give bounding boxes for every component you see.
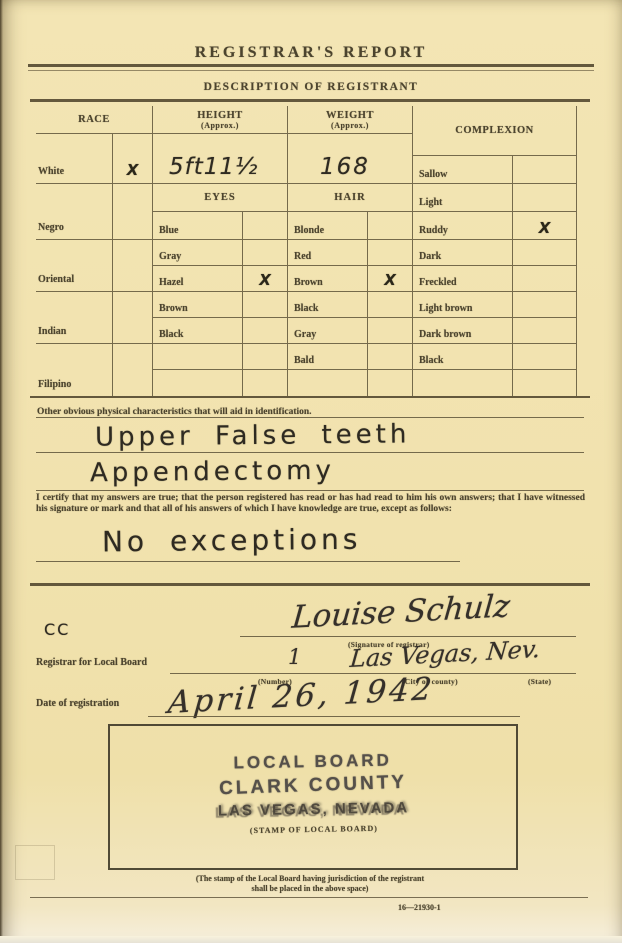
hair-option-cell [367, 292, 412, 317]
complexion-option-label: Light brown [413, 292, 512, 317]
complexion-group: COMPLEXION Sallow Light Ruddy X Dark Fre… [412, 106, 577, 396]
hair-option-cell: X [367, 266, 412, 291]
hair-option-label: Black [288, 292, 367, 317]
race-row-white: White X [36, 134, 152, 184]
characteristics-entry-2: Appendectomy [90, 456, 335, 489]
eyes-option-row: Blue [153, 212, 287, 240]
complexion-option-label: Freckled [413, 266, 512, 291]
date-line [148, 716, 520, 717]
copy-note: CC [44, 620, 70, 639]
hair-option-label: Blonde [288, 212, 367, 239]
form-number: 16—21930-1 [398, 903, 441, 912]
exceptions-line [36, 561, 460, 562]
x-mark: X [539, 219, 551, 237]
race-group: RACE White X Negro Oriental Indian Filip… [36, 106, 152, 396]
date-value: April 26, 1942 [167, 671, 437, 721]
complexion-option-label: Dark [413, 240, 512, 265]
height-value: 5ft11½ [153, 154, 258, 183]
weight-value: 168 [288, 154, 370, 183]
hair-option-row: Black [288, 292, 412, 318]
hair-option-row: Gray [288, 318, 412, 344]
eyes-option-label: Black [153, 318, 242, 343]
eyes-header: EYES [153, 184, 287, 212]
height-approx-label: (Approx.) [201, 121, 239, 130]
eyes-option-label: Brown [153, 292, 242, 317]
stamp-footnote-line-1: (The stamp of the Local Board having jur… [90, 874, 530, 884]
scan-edge-bottom [0, 936, 622, 943]
characteristics-label: Other obvious physical characteristics t… [37, 407, 312, 417]
hair-empty-row [288, 370, 412, 396]
complexion-option-label: Sallow [413, 156, 512, 183]
scan-edge-left [0, 0, 3, 943]
stamp-caption: (STAMP OF LOCAL BOARD) [111, 821, 517, 837]
hair-option-row: Red [288, 240, 412, 266]
faint-corner-mark [15, 845, 55, 880]
complexion-option-cell [512, 184, 576, 211]
height-header-label: HEIGHT [197, 110, 243, 121]
weight-header-label: WEIGHT [326, 110, 374, 121]
eyes-option-cell [242, 318, 287, 343]
hair-option-label: Brown [288, 266, 367, 291]
eyes-empty-row [153, 370, 287, 396]
race-option-label: Indian [36, 292, 112, 343]
footer-rule [30, 897, 588, 898]
stamp-footnote-line-2: shall be placed in the above space) [90, 884, 530, 894]
complexion-option-row: Dark brown [413, 318, 576, 344]
section-title: DESCRIPTION OF REGISTRANT [0, 81, 622, 93]
registrar-report-card: REGISTRAR'S REPORT DESCRIPTION OF REGIST… [0, 0, 622, 943]
registrar-signature: Louise Schulz [291, 588, 512, 636]
race-option-cell [112, 240, 152, 291]
race-option-label: Negro [36, 184, 112, 239]
hair-option-cell [367, 344, 412, 369]
complexion-option-label: Black [413, 344, 512, 369]
eyes-option-row: Black [153, 318, 287, 344]
board-label: Registrar for Local Board [36, 657, 147, 668]
eyes-option-row: Gray [153, 240, 287, 266]
eyes-option-cell [242, 212, 287, 239]
hair-option-cell [367, 212, 412, 239]
characteristics-label-line [36, 417, 584, 418]
weight-hair-group: WEIGHT (Approx.) 168 HAIR Blonde Red Bro… [287, 106, 412, 396]
certification-text: I certify that my answers are true; that… [36, 493, 585, 515]
state-caption: (State) [528, 677, 551, 686]
eyes-option-label: Hazel [153, 266, 242, 291]
race-row-indian: Indian [36, 292, 152, 344]
date-label: Date of registration [36, 698, 119, 709]
exceptions-entry: No exceptions [102, 523, 362, 559]
height-eyes-group: HEIGHT (Approx.) 5ft11½ EYES Blue Gray H… [152, 106, 287, 396]
height-header: HEIGHT (Approx.) [153, 106, 287, 134]
race-row-filipino: Filipino [36, 344, 152, 396]
race-option-label: White [36, 134, 112, 183]
complexion-option-cell: X [512, 212, 576, 239]
stamp-box: LOCAL BOARD CLARK COUNTY LAS VEGAS, NEVA… [108, 724, 518, 870]
eyes-option-label: Blue [153, 212, 242, 239]
weight-approx-label: (Approx.) [331, 121, 369, 130]
complexion-option-cell [512, 318, 576, 343]
hair-option-row: Brown X [288, 266, 412, 292]
eyes-option-cell [242, 292, 287, 317]
page-title: REGISTRAR'S REPORT [0, 44, 622, 62]
title-divider [28, 64, 594, 71]
description-table: RACE White X Negro Oriental Indian Filip… [36, 106, 577, 396]
complexion-option-cell [512, 240, 576, 265]
hair-option-cell [367, 318, 412, 343]
board-number-value: 1 [288, 645, 301, 669]
hair-option-row: Bald [288, 344, 412, 370]
race-row-negro: Negro [36, 184, 152, 240]
characteristics-line-1 [36, 452, 584, 453]
complexion-option-cell [512, 156, 576, 183]
complexion-empty-row [413, 370, 576, 396]
eyes-option-cell [242, 240, 287, 265]
complexion-option-row: Black [413, 344, 576, 370]
complexion-option-cell [512, 266, 576, 291]
section-divider [30, 99, 590, 102]
weight-value-cell: 168 [288, 134, 412, 184]
complexion-option-row: Dark [413, 240, 576, 266]
complexion-option-cell [512, 292, 576, 317]
complexion-option-label: Ruddy [413, 212, 512, 239]
certification-divider [30, 583, 590, 586]
race-header: RACE [36, 106, 152, 134]
complexion-option-row: Sallow [413, 156, 576, 184]
x-mark: X [384, 271, 396, 289]
eyes-option-row: Hazel X [153, 266, 287, 292]
complexion-option-row: Freckled [413, 266, 576, 292]
complexion-option-row: Light brown [413, 292, 576, 318]
race-option-label: Filipino [36, 344, 112, 396]
complexion-option-row: Ruddy X [413, 212, 576, 240]
hair-header: HAIR [288, 184, 412, 212]
table-bottom-rule [30, 396, 590, 398]
complexion-header: COMPLEXION [413, 106, 576, 156]
characteristics-line-2 [36, 490, 584, 491]
characteristics-entry-1: Upper False teeth [95, 419, 411, 452]
x-mark: X [259, 271, 271, 289]
eyes-option-label: Gray [153, 240, 242, 265]
eyes-option-cell: X [242, 266, 287, 291]
race-option-cell: X [112, 134, 152, 183]
hair-option-label: Red [288, 240, 367, 265]
eyes-option-row: Brown [153, 292, 287, 318]
complexion-option-cell [512, 344, 576, 369]
hair-option-row: Blonde [288, 212, 412, 240]
race-option-cell [112, 292, 152, 343]
hair-option-cell [367, 240, 412, 265]
hair-option-label: Gray [288, 318, 367, 343]
race-option-cell [112, 344, 152, 396]
race-option-label: Oriental [36, 240, 112, 291]
x-mark: X [127, 161, 139, 179]
complexion-option-row: Light [413, 184, 576, 212]
race-option-cell [112, 184, 152, 239]
eyes-empty-row [153, 344, 287, 370]
complexion-option-label: Light [413, 184, 512, 211]
complexion-option-label: Dark brown [413, 318, 512, 343]
weight-header: WEIGHT (Approx.) [288, 106, 412, 134]
race-row-oriental: Oriental [36, 240, 152, 292]
height-value-cell: 5ft11½ [153, 134, 287, 184]
stamp-footnote: (The stamp of the Local Board having jur… [90, 874, 530, 894]
hair-option-label: Bald [288, 344, 367, 369]
